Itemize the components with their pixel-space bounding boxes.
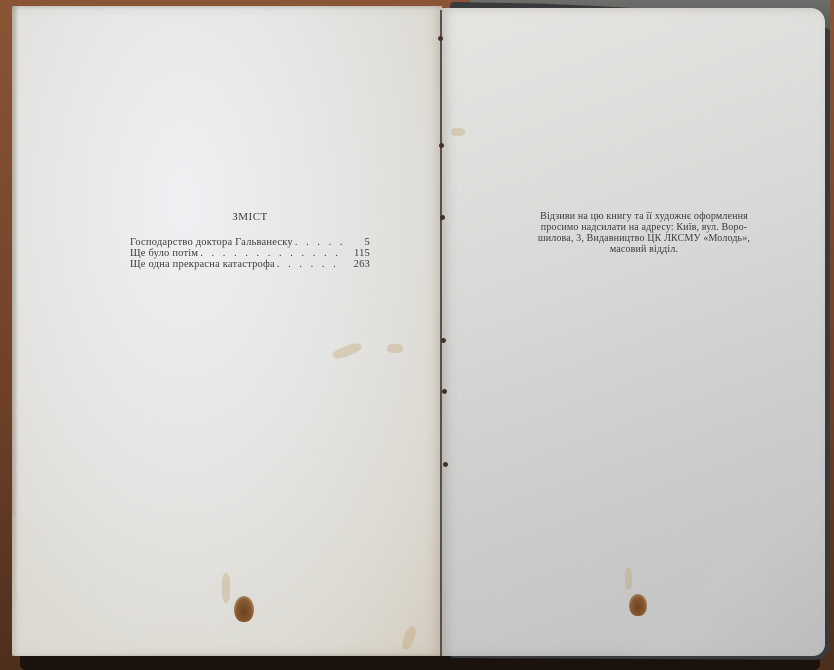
water-stain xyxy=(451,128,465,136)
binding-stitch xyxy=(438,36,443,41)
toc-leader-dots: . . . . . xyxy=(293,237,352,248)
toc-entry-page: 115 xyxy=(352,248,370,259)
toc-leader-dots: . . . . . . xyxy=(275,259,352,270)
binding-stitch xyxy=(439,143,444,148)
toc-title: ЗМІСТ xyxy=(200,212,300,223)
publisher-note-line: просимо надсилати на адресу: Київ, вул. … xyxy=(524,222,764,233)
book-photo: ЗМІСТ Господарство доктора Гальванеску .… xyxy=(0,0,834,670)
publisher-note-line: Відзиви на цю книгу та її художнє оформл… xyxy=(524,211,764,222)
toc-entry: Ще було потім . . . . . . . . . . . . . … xyxy=(130,248,370,259)
publisher-note-line: шилова, 3, Видавництво ЦК ЛКСМУ «Молодь»… xyxy=(524,233,764,244)
stain-drip xyxy=(400,625,418,651)
brown-stain xyxy=(234,596,254,622)
water-stain xyxy=(331,341,363,361)
left-page: ЗМІСТ Господарство доктора Гальванеску .… xyxy=(12,6,442,656)
publisher-note: Відзиви на цю книгу та її художнє оформл… xyxy=(524,211,764,255)
binding-stitch xyxy=(442,389,447,394)
toc-entry-page: 263 xyxy=(352,259,370,270)
stain-drip xyxy=(222,573,230,603)
binding-stitch xyxy=(440,215,445,220)
toc-entry-page: 5 xyxy=(352,237,370,248)
toc-entry: Ще одна прекрасна катастрофа . . . . . .… xyxy=(130,259,370,270)
water-stain xyxy=(387,344,403,353)
book-spine-gutter xyxy=(440,10,442,656)
stain-drip xyxy=(625,568,632,590)
brown-stain xyxy=(629,594,647,616)
binding-stitch xyxy=(441,338,446,343)
toc-entry-title: Ще одна прекрасна катастрофа xyxy=(130,259,275,270)
toc-entry-title: Ще було потім xyxy=(130,248,198,259)
toc-entry-title: Господарство доктора Гальванеску xyxy=(130,237,293,248)
table-of-contents: ЗМІСТ Господарство доктора Гальванеску .… xyxy=(130,212,370,270)
publisher-note-line: масовий відділ. xyxy=(524,244,764,255)
right-page xyxy=(441,8,825,656)
binding-stitch xyxy=(443,462,448,467)
toc-leader-dots: . . . . . . . . . . . . . xyxy=(198,248,352,259)
toc-entry: Господарство доктора Гальванеску . . . .… xyxy=(130,237,370,248)
